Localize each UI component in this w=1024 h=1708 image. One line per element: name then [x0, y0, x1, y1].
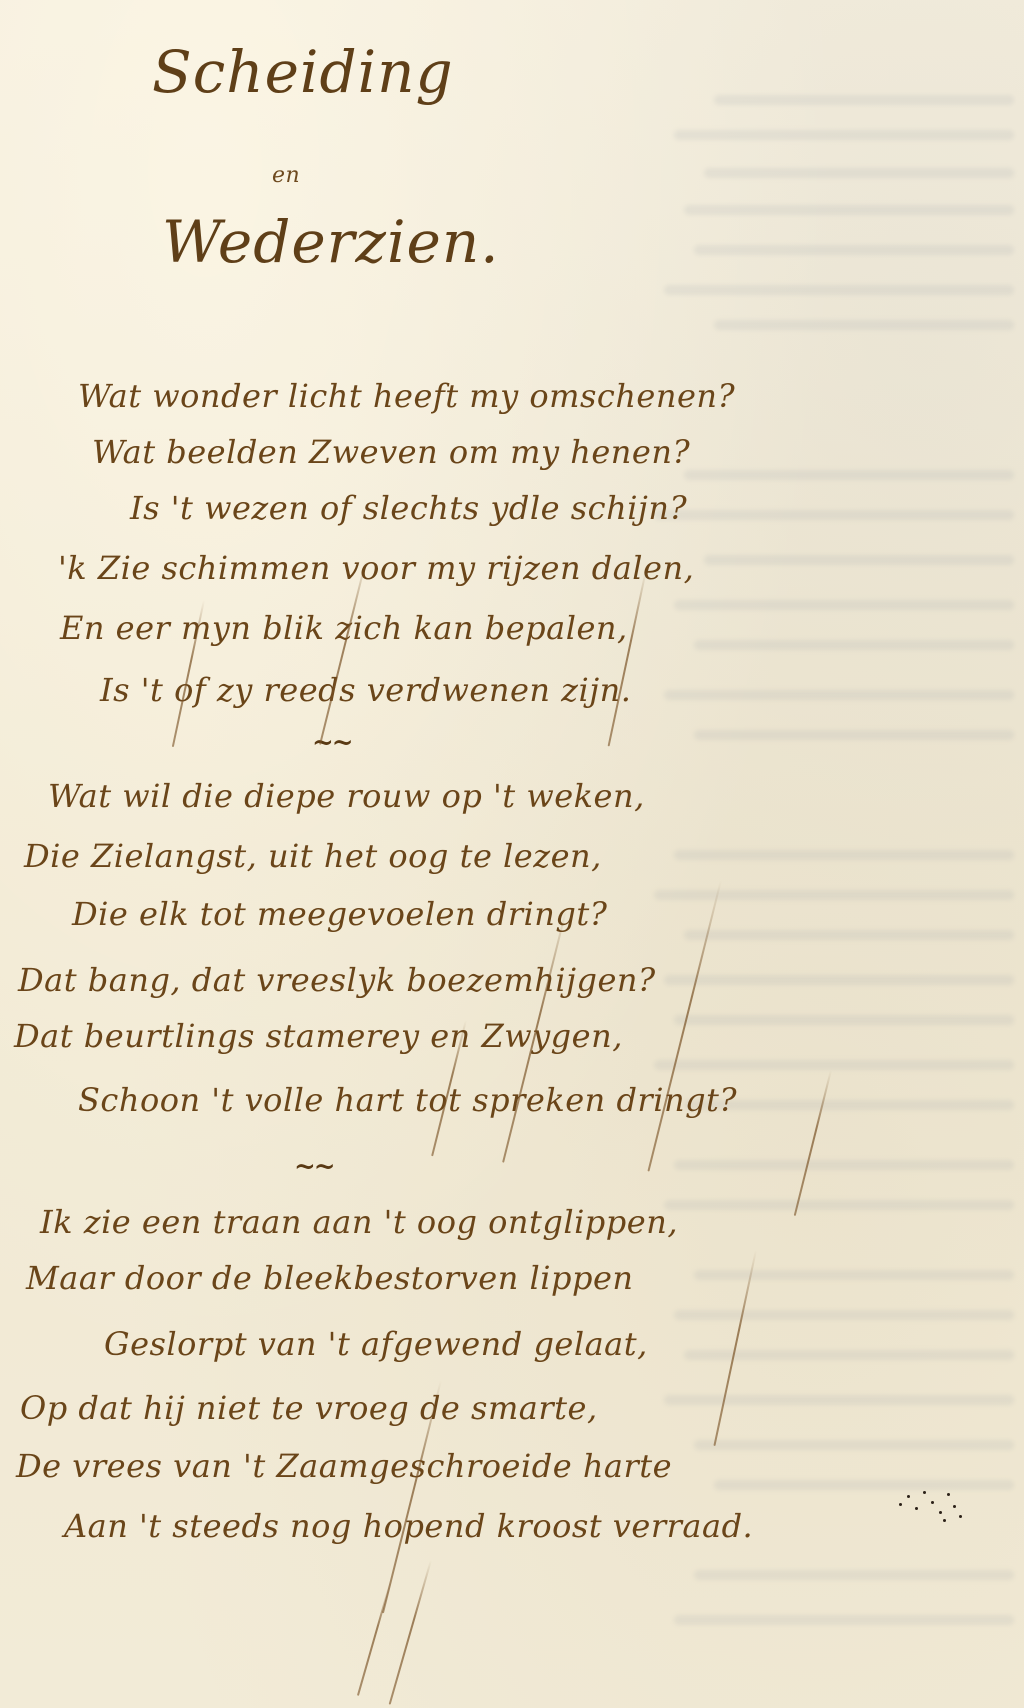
- ink-flourish: [794, 1070, 832, 1216]
- verse-line: Ik zie een traan aan 't oog ontglippen,: [40, 1206, 678, 1238]
- manuscript-page: Scheiding en Wederzien. Wat wonder licht…: [0, 0, 1024, 1708]
- verse-line: Geslorpt van 't afgewend gelaat,: [104, 1328, 648, 1360]
- verse-line: Schoon 't volle hart tot spreken dringt?: [78, 1084, 737, 1116]
- verse-line: De vrees van 't Zaamgeschroeide harte: [16, 1450, 672, 1482]
- verse-line: Wat wonder licht heeft my omschenen?: [78, 380, 735, 412]
- verse-line: Wat wil die diepe rouw op 't weken,: [48, 780, 645, 812]
- title-conjunction: en: [272, 163, 300, 188]
- verse-line: Is 't wezen of slechts ydle schijn?: [130, 492, 687, 524]
- title-line-2: Wederzien.: [162, 208, 500, 276]
- verse-line: Op dat hij niet te vroeg de smarte,: [20, 1392, 598, 1424]
- title-line-1: Scheiding: [152, 38, 454, 106]
- ink-flourish: [319, 560, 367, 745]
- stanza-separator: ~~: [294, 1152, 334, 1182]
- verse-line: Is 't of zy reeds verdwenen zijn.: [100, 674, 631, 706]
- verse-line: Die elk tot meegevoelen dringt?: [72, 898, 607, 930]
- verse-line: En eer myn blik zich kan bepalen,: [60, 612, 628, 644]
- ink-specks: [895, 1485, 965, 1525]
- ink-flourish: [357, 1580, 392, 1696]
- verse-line: Die Zielangst, uit het oog te lezen,: [24, 840, 602, 872]
- ink-flourish: [608, 570, 647, 746]
- ink-flourish: [389, 1560, 432, 1705]
- verse-line: Wat beelden Zweven om my henen?: [92, 436, 690, 468]
- ink-flourish: [647, 880, 722, 1172]
- verse-line: 'k Zie schimmen voor my rijzen dalen,: [58, 552, 694, 584]
- verse-line: Maar door de bleekbestorven lippen: [26, 1262, 634, 1294]
- stanza-separator: ~~: [312, 728, 352, 758]
- ink-flourish: [713, 1250, 757, 1446]
- verse-line: Aan 't steeds nog hopend kroost verraad.: [64, 1510, 753, 1542]
- verse-line: Dat bang, dat vreeslyk boezemhijgen?: [18, 964, 656, 996]
